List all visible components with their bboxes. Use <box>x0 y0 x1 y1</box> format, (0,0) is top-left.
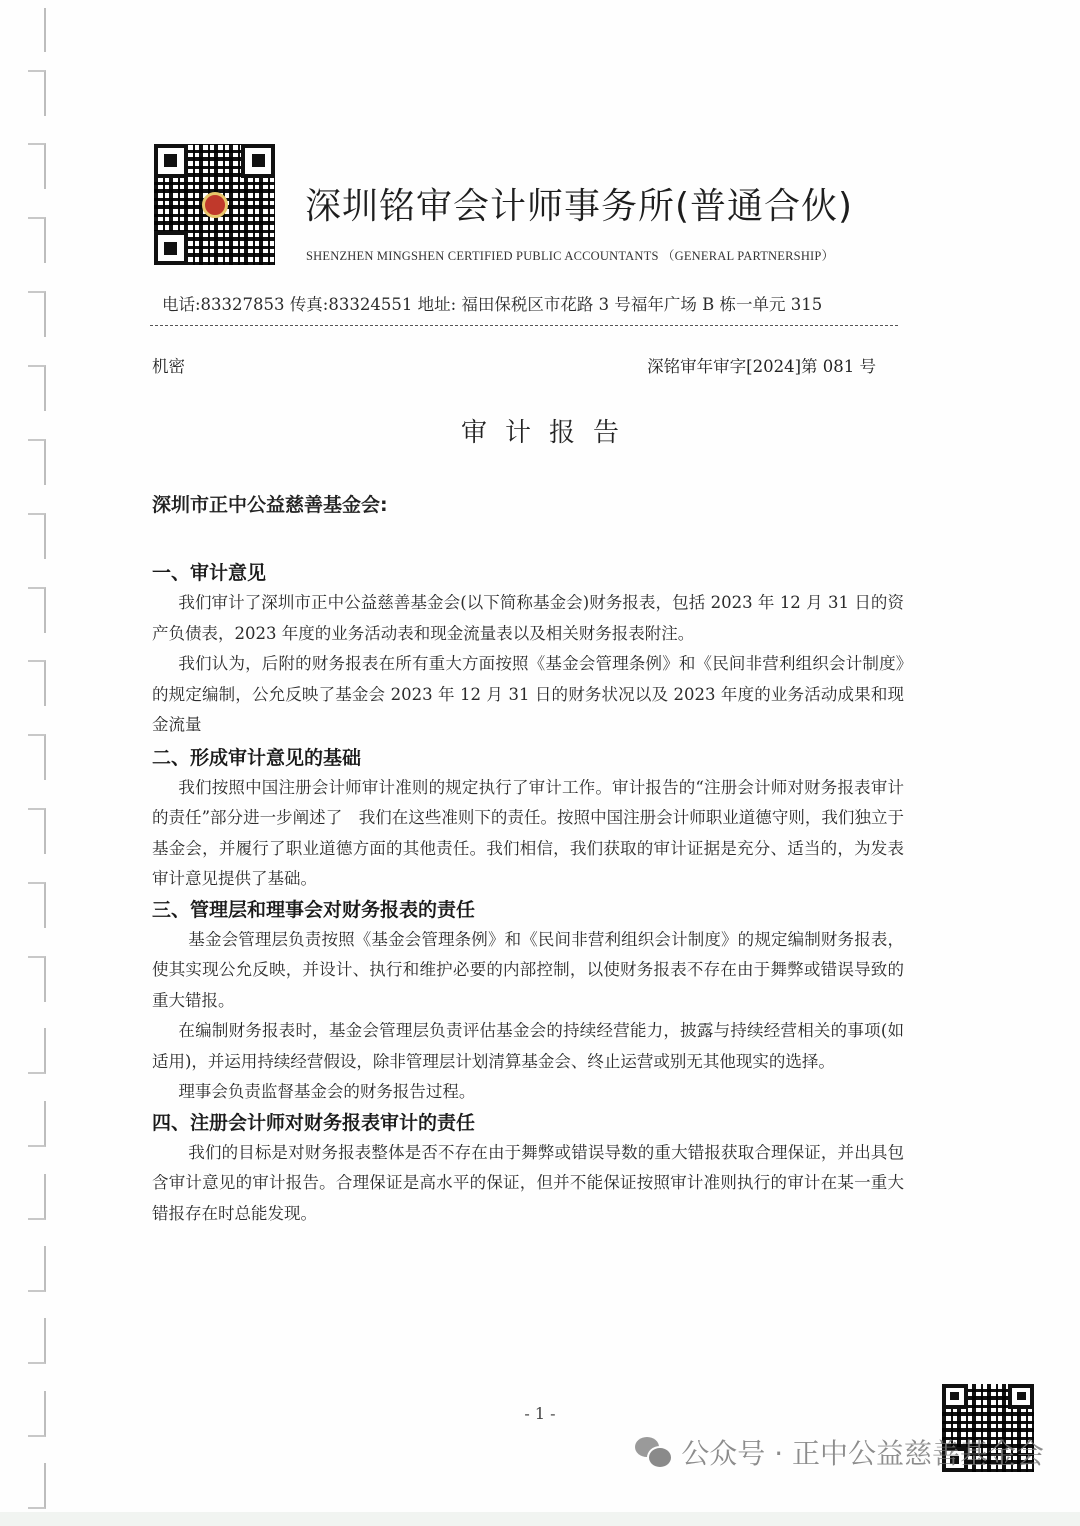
document-number: 深铭审年审字[2024]第 081 号 <box>647 353 876 377</box>
binding-mark <box>28 1101 46 1147</box>
wechat-icon <box>635 1437 673 1467</box>
firm-seal-logo-icon <box>202 192 228 218</box>
section-management-responsibility: 三、管理层和理事会对财务报表的责任 基金会管理层负责按照《基金会管理条例》和《民… <box>152 895 904 1108</box>
binding-mark <box>28 8 46 52</box>
report-body: 一、审计意见 我们审计了深圳市正中公益慈善基金会(以下简称基金会)财务报表，包括… <box>152 558 904 1229</box>
binding-mark <box>28 70 46 116</box>
addressee: 深圳市正中公益慈善基金会: <box>152 490 388 517</box>
letterhead-divider <box>150 325 898 326</box>
paragraph: 我们认为，后附的财务报表在所有重大方面按照《基金会管理条例》和《民间非营利组织会… <box>152 649 904 741</box>
binding-mark <box>28 365 46 411</box>
paragraph: 理事会负责监督基金会的财务报告过程。 <box>152 1077 904 1108</box>
binding-mark <box>28 217 46 263</box>
section-auditor-responsibility: 四、注册会计师对财务报表审计的责任 我们的目标是对财务报表整体是否不存在由于舞弊… <box>152 1108 904 1230</box>
binding-mark <box>28 587 46 633</box>
confidentiality-label: 机密 <box>152 353 185 377</box>
binding-mark <box>28 808 46 854</box>
binding-mark <box>28 513 46 559</box>
paragraph: 在编制财务报表时，基金会管理层负责评估基金会的持续经营能力，披露与持续经营相关的… <box>152 1016 904 1077</box>
section-heading: 四、注册会计师对财务报表审计的责任 <box>152 1108 904 1138</box>
paragraph: 我们审计了深圳市正中公益慈善基金会(以下简称基金会)财务报表，包括 2023 年… <box>152 588 904 649</box>
report-title: 审计报告 <box>0 412 1080 449</box>
paragraph: 我们的目标是对财务报表整体是否不存在由于舞弊或错误导数的重大错报获取合理保证，并… <box>152 1138 904 1230</box>
binding-mark <box>28 1318 46 1364</box>
section-heading: 二、形成审计意见的基础 <box>152 743 904 773</box>
binding-mark <box>28 291 46 337</box>
page-number: - 1 - <box>0 1404 1080 1423</box>
binding-mark <box>28 1028 46 1074</box>
firm-name-cn: 深圳铭审会计师事务所(普通合伙) <box>305 178 853 229</box>
section-heading: 三、管理层和理事会对财务报表的责任 <box>152 895 904 925</box>
binding-mark <box>28 1246 46 1292</box>
binding-mark <box>28 956 46 1002</box>
paragraph: 基金会管理层负责按照《基金会管理条例》和《民间非营利组织会计制度》的规定编制财务… <box>152 925 904 1017</box>
wechat-watermark: 公众号 · 正中公益慈善基金会 <box>635 1432 1044 1472</box>
watermark-text: 公众号 · 正中公益慈善基金会 <box>681 1432 1044 1472</box>
binding-mark <box>28 660 46 706</box>
binding-mark <box>28 882 46 928</box>
paragraph: 我们按照中国注册会计师审计准则的规定执行了审计工作。审计报告的“注册会计师对财务… <box>152 773 904 895</box>
binding-mark <box>28 734 46 780</box>
firm-contact-info: 电话:83327853 传真:83324551 地址: 福田保税区市花路 3 号… <box>162 291 822 315</box>
binding-mark <box>28 1174 46 1220</box>
section-basis-for-opinion: 二、形成审计意见的基础 我们按照中国注册会计师审计准则的规定执行了审计工作。审计… <box>152 743 904 895</box>
binding-mark <box>28 1463 46 1509</box>
binding-mark <box>28 143 46 189</box>
firm-qr-code-icon <box>154 144 275 265</box>
section-audit-opinion: 一、审计意见 我们审计了深圳市正中公益慈善基金会(以下简称基金会)财务报表，包括… <box>152 558 904 741</box>
page-bottom-edge <box>0 1512 1080 1526</box>
firm-name-en: SHENZHEN MINGSHEN CERTIFIED PUBLIC ACCOU… <box>306 246 834 264</box>
section-heading: 一、审计意见 <box>152 558 904 588</box>
